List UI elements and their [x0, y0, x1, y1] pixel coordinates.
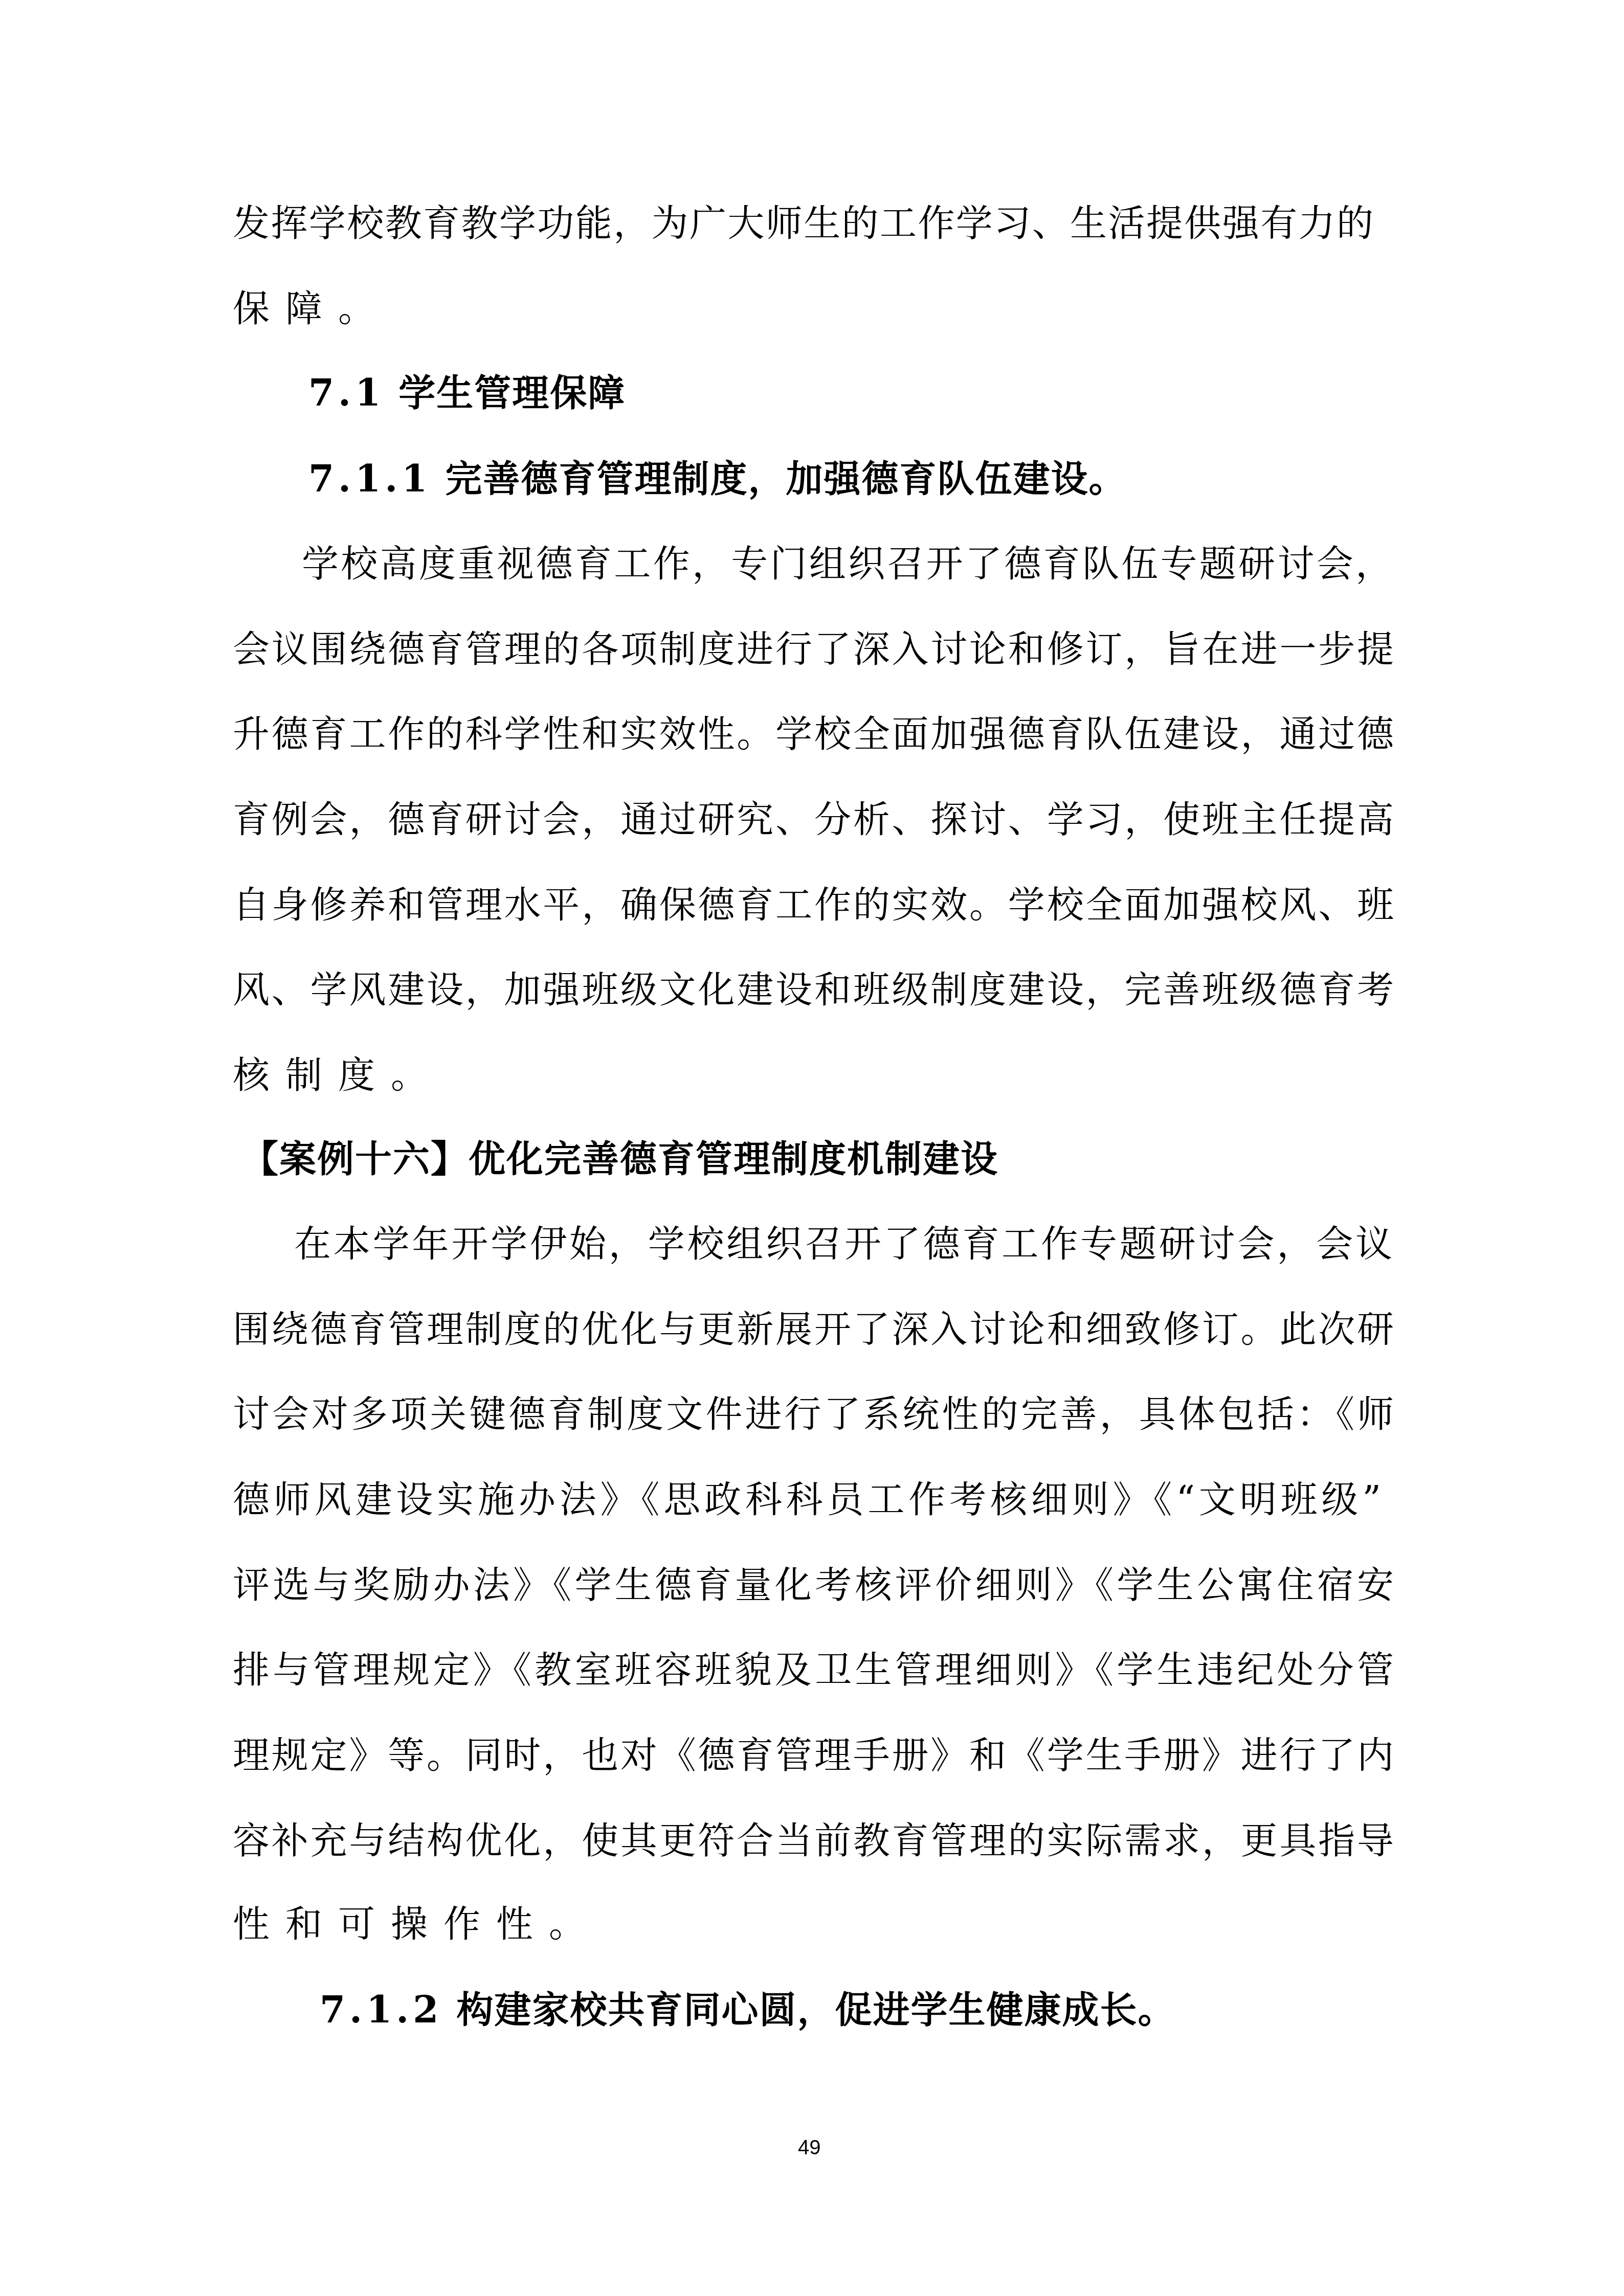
paragraph-line: 排与管理规定》《教室班容班貌及卫生管理细则》《学生违纪处分管	[233, 1649, 1394, 1690]
paragraph-line: 自身修养和管理水平，确保德育工作的实效。学校全面加强校风、班	[233, 884, 1394, 925]
paragraph-line: 风、学风建设，加强班级文化建设和班级制度建设，完善班级德育考	[233, 969, 1394, 1010]
paragraph-line: 升德育工作的科学性和实效性。学校全面加强德育队伍建设，通过德	[233, 713, 1394, 754]
paragraph-line: 学校高度重视德育工作，专门组织召开了德育队伍专题研讨会，	[302, 543, 1392, 584]
section-number: 7.1.2	[320, 1988, 442, 2031]
section-heading-7-1: 7.1 学生管理保障	[308, 372, 626, 413]
paragraph-line: 性和可操作性。	[233, 1903, 602, 1944]
paragraph-line: 会议围绕德育管理的各项制度进行了深入讨论和修订，旨在进一步提	[233, 628, 1394, 669]
intro-line-2: 保障。	[233, 288, 391, 329]
paragraph-line: 在本学年开学伊始，学校组织召开了德育工作专题研讨会，会议	[294, 1223, 1392, 1264]
paragraph-line: 德师风建设实施办法》《思政科科员工作考核细则》《“文明班级”	[233, 1479, 1381, 1520]
paragraph-line: 讨会对多项关键德育制度文件进行了系统性的完善，具体包括：《师	[233, 1393, 1394, 1434]
intro-line-1: 发挥学校教育教学功能，为广大师生的工作学习、生活提供强有力的	[233, 202, 1373, 243]
page-number: 49	[798, 2135, 821, 2160]
section-number: 7.1.1	[308, 457, 431, 500]
paragraph-line: 围绕德育管理制度的优化与更新展开了深入讨论和细致修订。此次研	[233, 1309, 1394, 1349]
section-heading-7-1-1: 7.1.1 完善德育管理制度，加强德育队伍建设。	[308, 458, 1127, 499]
section-title: 完善德育管理制度，加强德育队伍建设。	[446, 457, 1127, 500]
paragraph-line: 育例会，德育研讨会，通过研究、分析、探讨、学习，使班主任提高	[233, 799, 1394, 840]
paragraph-line: 核制度。	[233, 1054, 443, 1095]
document-page: 发挥学校教育教学功能，为广大师生的工作学习、生活提供强有力的 保障。 7.1 学…	[0, 0, 1624, 2296]
section-heading-7-1-2: 7.1.2 构建家校共育同心圆，促进学生健康成长。	[320, 1989, 1176, 2030]
section-number: 7.1	[308, 371, 385, 414]
case-heading: 【案例十六】优化完善德育管理制度机制建设	[241, 1138, 998, 1179]
paragraph-line: 评选与奖励办法》《学生德育量化考核评价细则》《学生公寓住宿安	[233, 1564, 1394, 1605]
paragraph-line: 理规定》等。同时，也对《德育管理手册》和《学生手册》进行了内	[233, 1735, 1394, 1775]
paragraph-line: 容补充与结构优化，使其更符合当前教育管理的实际需求，更具指导	[233, 1820, 1394, 1861]
section-title: 学生管理保障	[398, 371, 626, 414]
section-title: 构建家校共育同心圆，促进学生健康成长。	[457, 1988, 1176, 2031]
